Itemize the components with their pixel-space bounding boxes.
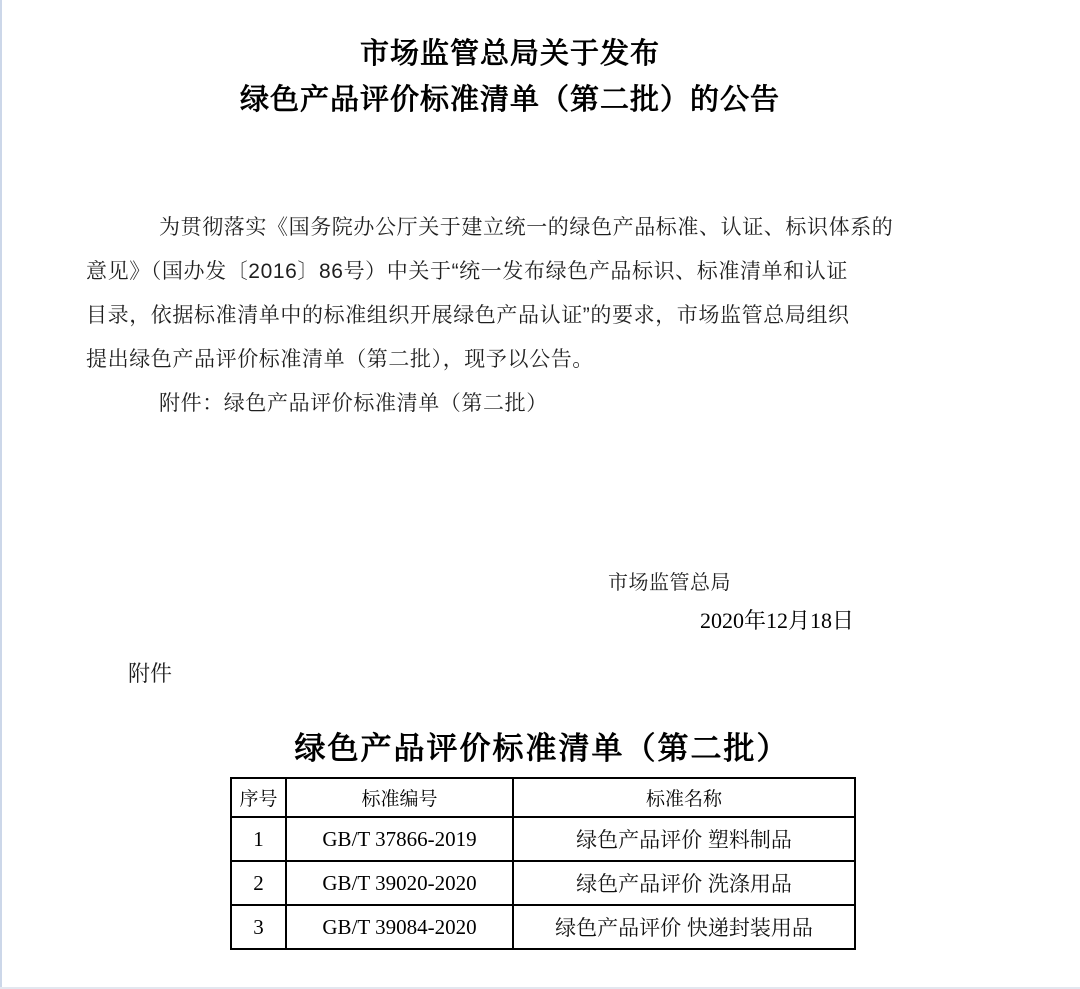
body-line-2: 意见》（国办发〔2016〕86号）中关于“统一发布绿色产品标识、标准清单和认证 [86, 250, 966, 294]
table-header-row: 序号 标准编号 标准名称 [231, 778, 855, 817]
body-line-3: 目录，依据标准清单中的标准组织开展绿色产品认证”的要求，市场监管总局组织 [86, 294, 966, 338]
document-title-line2: 绿色产品评价标准清单（第二批）的公告 [0, 77, 1020, 123]
body-line-1: 为贯彻落实《国务院办公厅关于建立统一的绿色产品标准、认证、标识体系的 [86, 206, 966, 250]
body-paragraph: 为贯彻落实《国务院办公厅关于建立统一的绿色产品标准、认证、标识体系的 意见》（国… [86, 206, 966, 426]
document-title-line1: 市场监管总局关于发布 [0, 31, 1020, 77]
row3-serial: 3 [231, 905, 286, 949]
row2-serial: 2 [231, 861, 286, 905]
header-serial-number: 序号 [231, 778, 286, 817]
attachment-table-title: 绿色产品评价标准清单（第二批） [230, 723, 854, 768]
header-standard-name: 标准名称 [513, 778, 855, 817]
table-row: 1 GB/T 37866-2019 绿色产品评价 塑料制品 [231, 817, 855, 861]
row3-name: 绿色产品评价 快递封装用品 [513, 905, 855, 949]
attachment-label: 附件 [128, 657, 172, 688]
document-title: 市场监管总局关于发布 绿色产品评价标准清单（第二批）的公告 [0, 31, 1020, 123]
page-left-edge-line [0, 0, 2, 989]
signature-date: 2020年12月18日 [700, 604, 854, 635]
table-row: 2 GB/T 39020-2020 绿色产品评价 洗涤用品 [231, 861, 855, 905]
row1-serial: 1 [231, 817, 286, 861]
table-row: 3 GB/T 39084-2020 绿色产品评价 快递封装用品 [231, 905, 855, 949]
signature-issuer: 市场监管总局 [608, 566, 731, 595]
row2-name: 绿色产品评价 洗涤用品 [513, 861, 855, 905]
announcement-document: { "doc": { "title_line1": "市场监管总局关于发布", … [0, 0, 1080, 989]
body-line-4: 提出绿色产品评价标准清单（第二批），现予以公告。 [86, 338, 966, 382]
row2-code: GB/T 39020-2020 [286, 861, 513, 905]
row1-code: GB/T 37866-2019 [286, 817, 513, 861]
row3-code: GB/T 39084-2020 [286, 905, 513, 949]
attachment-reference: 附件：绿色产品评价标准清单（第二批） [86, 382, 966, 426]
standards-table: 序号 标准编号 标准名称 1 GB/T 37866-2019 绿色产品评价 塑料… [230, 777, 856, 950]
row1-name: 绿色产品评价 塑料制品 [513, 817, 855, 861]
header-standard-code: 标准编号 [286, 778, 513, 817]
